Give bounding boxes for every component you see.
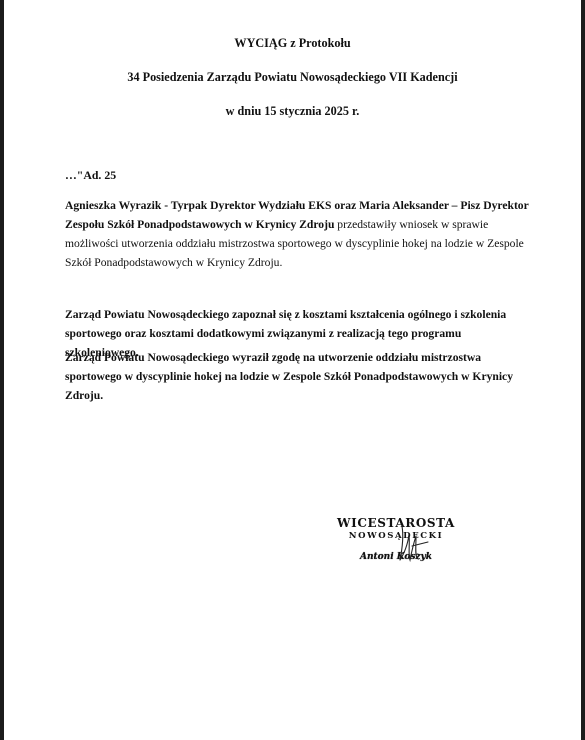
handwritten-signature-icon: [394, 520, 434, 568]
meeting-date: w dniu 15 stycznia 2025 r.: [4, 104, 581, 119]
paragraph-decision: Zarząd Powiatu Nowosądeckiego wyraził zg…: [65, 348, 535, 405]
paragraph-presentation: Agnieszka Wyrazik - Tyrpak Dyrektor Wydz…: [65, 196, 535, 272]
document-page: WYCIĄG z Protokołu 34 Posiedzenia Zarząd…: [4, 0, 581, 740]
meeting-title: 34 Posiedzenia Zarządu Powiatu Nowosądec…: [4, 70, 581, 85]
document-title: WYCIĄG z Protokołu: [4, 36, 581, 51]
agenda-item-ref: …"Ad. 25: [65, 168, 116, 183]
